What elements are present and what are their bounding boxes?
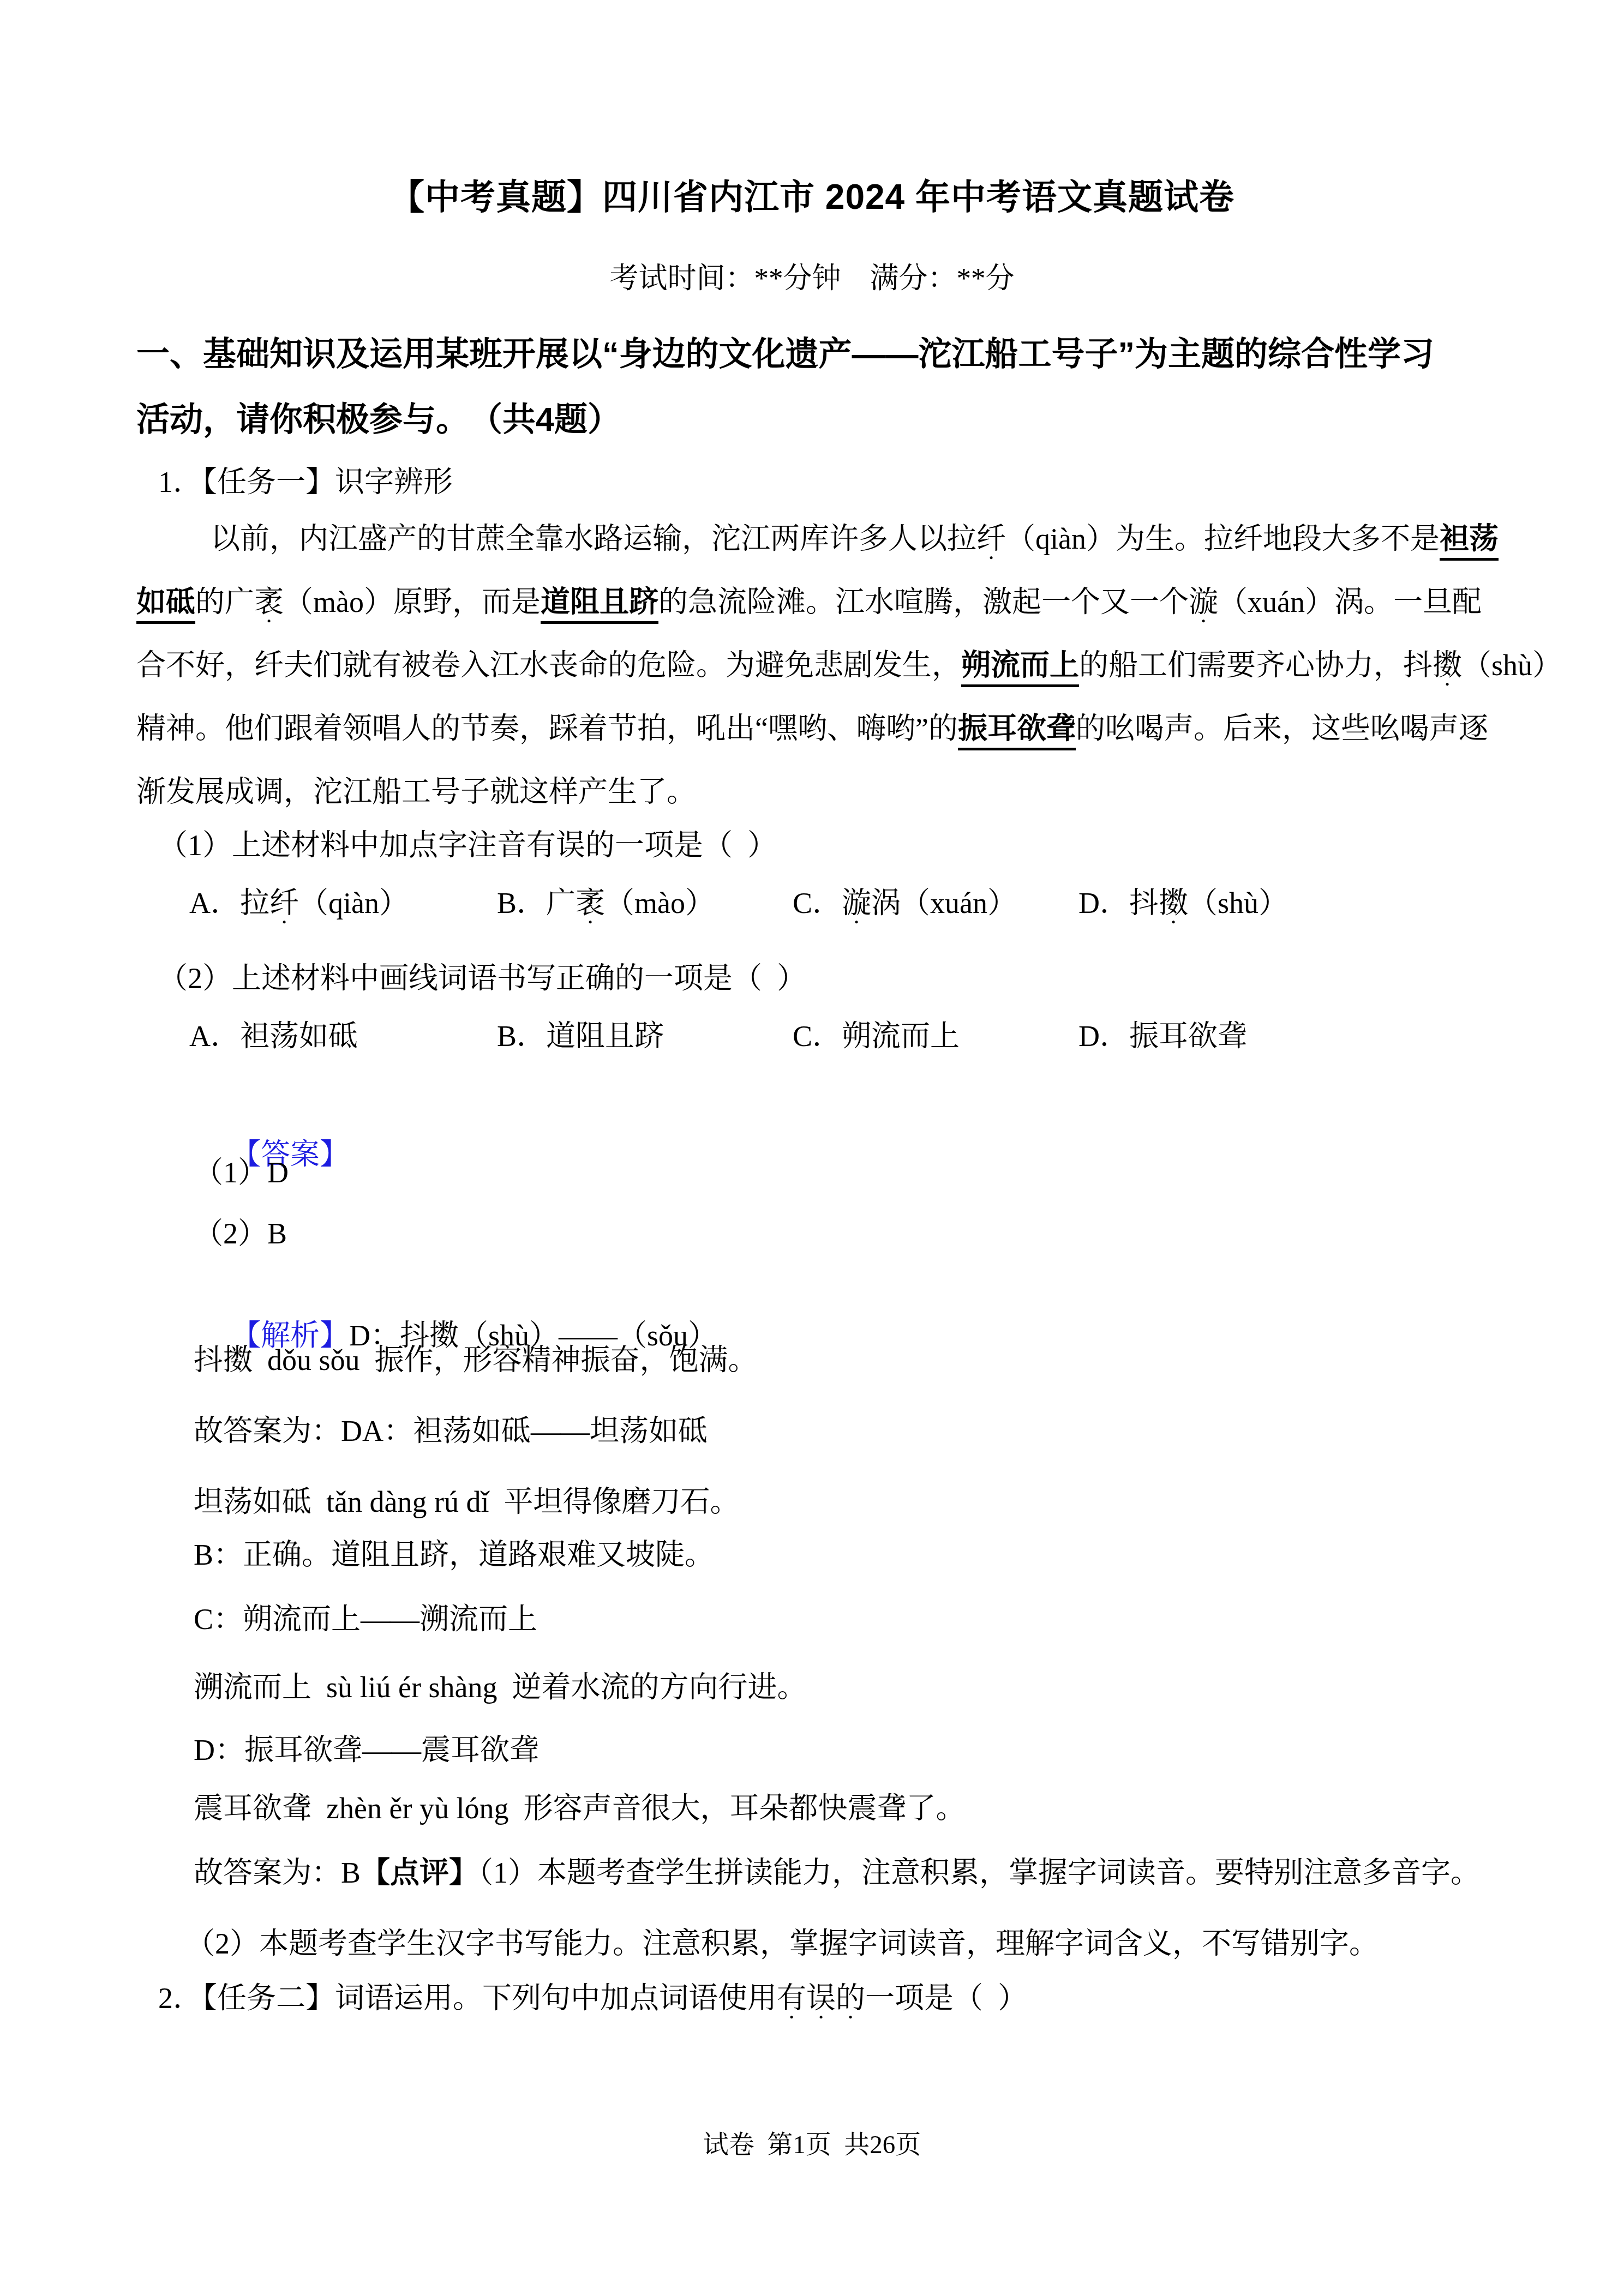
option-a: A．拉纤（qiàn）	[189, 883, 409, 923]
text-segment: B．广	[497, 887, 576, 919]
analysis-line: B：正确。道阻且跻，道路艰难又坡陡。	[136, 1535, 1499, 1575]
section-heading-line-1: 一、基础知识及运用某班开展以“身边的文化遗产——沱江船工号子”为主题的综合性学习	[136, 332, 1499, 376]
text-segment: （1）本题考查学生拼读能力，注意积累，掌握字词读音。要特别注意多音字。	[478, 1856, 1480, 1889]
option-c: C．朔流而上	[793, 1017, 960, 1056]
emphasized-char: 擞	[1159, 883, 1188, 923]
passage-line-3: 合不好，纤夫们就有被卷入江水丧命的危险。为避免悲剧发生，朔流而上的船工们需要齐心…	[136, 646, 1499, 686]
sub-question-1-options: A．拉纤（qiàn） B．广袤（mào） C．漩涡（xuán） D．抖擞（shù…	[136, 883, 1499, 954]
text-segment: 的吆喝声。后来，这些吆喝声逐	[1076, 712, 1488, 745]
analysis-comment-line-2: （2）本题考查学生汉字书写能力。注意积累，掌握字词读音，理解字词含义，不写错别字…	[136, 1924, 1499, 1964]
emphasized-char: 纤	[976, 519, 1006, 559]
text-segment: 2．【任务二】词语运用。下列句中加点词语使用	[158, 1982, 777, 2015]
option-b: B．广袤（mào）	[497, 883, 715, 923]
text-segment: 【点评】	[361, 1856, 478, 1889]
emphasized-char: 袤	[254, 582, 284, 622]
text-segment: 的急流险滩。江水喧腾，激起一个又一个	[658, 586, 1189, 618]
page-title: 【中考真题】四川省内江市 2024 年中考语文真题试卷	[0, 173, 1624, 220]
emphasized-char: 擞	[1433, 646, 1462, 686]
text-segment: D．抖	[1078, 887, 1159, 919]
exam-paper-page: 【中考真题】四川省内江市 2024 年中考语文真题试卷 考试时间：**分钟 满分…	[0, 0, 1624, 2296]
text-segment: （mào）	[605, 887, 715, 919]
option-c: C．漩涡（xuán）	[793, 883, 1017, 923]
option-d: D．振耳欲聋	[1078, 1017, 1247, 1056]
answer-line-2: （2）B	[136, 1214, 1499, 1254]
analysis-line: 抖擞 dǒu sǒu 振作，形容精神振奋，饱满。	[136, 1341, 1499, 1380]
text-segment: 涡（xuán）	[871, 887, 1017, 919]
text-segment: （mào）原野，而是	[284, 586, 541, 618]
emphasized-char: 误	[806, 1979, 836, 2018]
exam-time-subtitle: 考试时间：**分钟 满分：**分	[0, 260, 1624, 299]
text-segment: （qiàn）	[299, 887, 409, 919]
analysis-line: C：朔流而上——溯流而上	[136, 1600, 1499, 1639]
passage-line-4: 精神。他们跟着领唱人的节奏，踩着节拍，吼出“嘿哟、嗨哟”的振耳欲聋的吆喝声。后来…	[136, 709, 1499, 749]
text-segment: （xuán）涡。一旦配	[1218, 586, 1482, 618]
text-segment: A．拉	[189, 887, 269, 919]
section-heading-line-2: 活动，请你积极参与。 （共4题）	[136, 397, 1499, 442]
page-footer: 试卷 第1页 共26页	[0, 2128, 1624, 2162]
text-segment: 渐发展成调，沱江船工号子就这样产生了。	[136, 776, 696, 808]
text-segment: 振耳欲聋	[958, 712, 1076, 750]
emphasized-char: 纤	[269, 883, 299, 923]
text-segment: 如砥	[136, 586, 195, 624]
sub-question-2-options: A．袒荡如砥 B．道阻且跻 C．朔流而上 D．振耳欲聋	[136, 1017, 1499, 1087]
text-segment: 精神。他们跟着领唱人的节奏，踩着节拍，吼出“嘿哟、嗨哟”的	[136, 712, 958, 745]
question-1-label: 1．【任务一】识字辨形	[136, 462, 1499, 502]
emphasized-char: 的	[836, 1979, 865, 2018]
emphasized-char: 有	[777, 1979, 806, 2018]
text-segment: 朔流而上	[961, 649, 1079, 687]
analysis-line: 坦荡如砥 tǎn dàng rú dǐ 平坦得像磨刀石。	[136, 1482, 1499, 1522]
text-segment: 一项是（ ）	[865, 1982, 1027, 2015]
text-segment: 的广	[195, 586, 254, 618]
analysis-line: 故答案为：DA：袒荡如砥——坦荡如砥	[136, 1411, 1499, 1451]
text-segment: 故答案为：B	[194, 1856, 361, 1889]
text-segment: （qiàn）为生。拉纤地段大多不是	[1006, 522, 1440, 555]
passage-line-1: 以前，内江盛产的甘蔗全靠水路运输，沱江两库许多人以拉纤（qiàn）为生。拉纤地段…	[136, 519, 1499, 559]
text-segment: 袒荡	[1440, 522, 1499, 561]
text-segment: 的船工们需要齐心协力，抖	[1079, 649, 1433, 682]
emphasized-char: 漩	[842, 883, 871, 923]
text-segment: 道阻且跻	[541, 586, 658, 624]
text-segment: C．	[793, 887, 842, 919]
text-segment: 合不好，纤夫们就有被卷入江水丧命的危险。为避免悲剧发生，	[136, 649, 961, 682]
text-segment: （shù）	[1188, 887, 1288, 919]
sub-question-1-stem: （1）上述材料中加点字注音有误的一项是（ ）	[136, 826, 1499, 865]
analysis-line: D：振耳欲聋——震耳欲聋	[136, 1730, 1499, 1770]
sub-question-2-stem: （2）上述材料中画线词语书写正确的一项是（ ）	[136, 959, 1499, 999]
option-b: B．道阻且跻	[497, 1017, 664, 1056]
text-segment: （shù）	[1462, 649, 1562, 682]
answer-line-1: （1）D	[136, 1153, 1499, 1193]
analysis-line: 震耳欲聋 zhèn ěr yù lóng 形容声音很大，耳朵都快震聋了。	[136, 1789, 1499, 1829]
text-segment: 以前，内江盛产的甘蔗全靠水路运输，沱江两库许多人以拉	[211, 522, 976, 555]
emphasized-char: 袤	[576, 883, 605, 923]
emphasized-char: 漩	[1189, 582, 1218, 622]
analysis-line: 溯流而上 sù liú ér shàng 逆着水流的方向行进。	[136, 1668, 1499, 1708]
option-d: D．抖擞（shù）	[1078, 883, 1288, 923]
question-2-label: 2．【任务二】词语运用。下列句中加点词语使用有误的一项是（ ）	[136, 1979, 1499, 2018]
option-a: A．袒荡如砥	[189, 1017, 358, 1056]
analysis-comment-line-1: 故答案为：B【点评】（1）本题考查学生拼读能力，注意积累，掌握字词读音。要特别注…	[136, 1853, 1499, 1893]
passage-line-2: 如砥的广袤（mào）原野，而是道阻且跻的急流险滩。江水喧腾，激起一个又一个漩（x…	[136, 582, 1499, 622]
passage-line-5: 渐发展成调，沱江船工号子就这样产生了。	[136, 772, 1499, 812]
